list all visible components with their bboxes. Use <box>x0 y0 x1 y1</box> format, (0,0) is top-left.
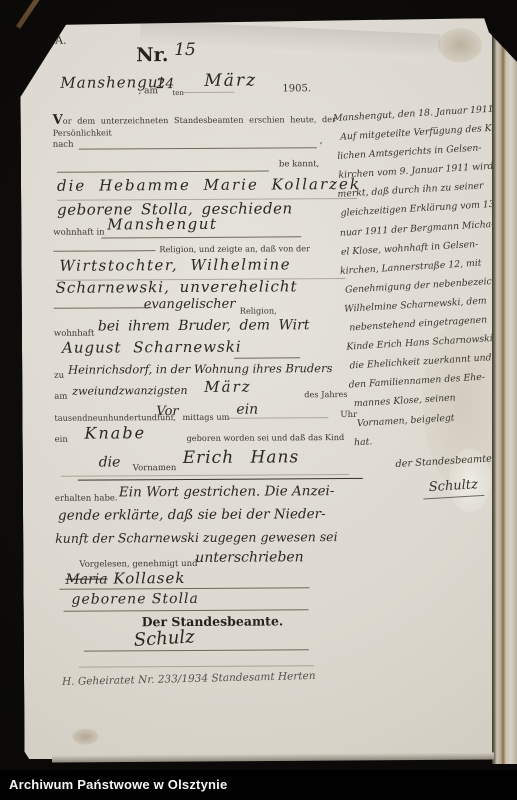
wohnhaft-in-label: wohnhaft in <box>53 227 104 237</box>
comma: , <box>320 136 323 146</box>
mittags-um-label: mittags um <box>182 412 229 422</box>
mother-residence: bei ihrem Bruder, dem Wirt <box>98 317 310 334</box>
blank-line <box>182 92 234 93</box>
nach-label: nach <box>53 140 74 150</box>
daytime-value: Vor <box>156 404 178 419</box>
blank-line <box>54 307 152 309</box>
signature-line <box>59 587 309 590</box>
stain <box>438 28 482 62</box>
declarant-residence: Manshengut <box>107 215 217 234</box>
margin-note: Manshengut, den 18. Januar 1911. Auf mit… <box>333 99 517 503</box>
blank-line <box>234 357 300 358</box>
dateline-am-label: , am <box>138 86 158 96</box>
declarant-signature-last: Kollasek <box>113 569 185 587</box>
brother-name: August Scharnewski <box>62 338 242 357</box>
dateline-year: 1905. <box>282 83 311 94</box>
baseline <box>61 474 349 477</box>
dateline-month: März <box>204 71 257 91</box>
record-number-value: 15 <box>174 40 196 60</box>
religion-value: evangelischer <box>144 297 236 313</box>
erhalten-habe-label: erhalten habe. <box>55 493 118 503</box>
intro-clause: Vor dem unterzeichneten Standesbeamten e… <box>53 111 365 138</box>
mother-name-line2: Scharnewski, unverehelicht <box>56 277 298 296</box>
note-line2: gende erklärte, daß sie bei der Nieder- <box>58 506 326 524</box>
registrar-label: Der Standesbeamte. <box>142 613 284 629</box>
religion-label: Religion, <box>240 305 277 315</box>
note-line3: kunft der Scharnewski zugegen gewesen se… <box>55 529 337 546</box>
form-corner-letter: A. <box>55 34 67 47</box>
birth-place: Heinrichsdorf, in der Wohnung ihres Brud… <box>68 361 332 377</box>
archive-name-label: Archiwum Państwowe w Olsztynie <box>9 777 227 792</box>
blank-line <box>228 417 328 419</box>
record-number-label: Nr. <box>136 44 168 66</box>
am-label: am <box>54 392 67 402</box>
blank-line <box>53 250 155 252</box>
stain <box>72 729 98 745</box>
dateline-day-suffix: ten <box>172 89 184 97</box>
given-names: Erich Hans <box>183 447 300 468</box>
marriage-annotation: H. Geheiratet Nr. 233/1934 Standesamt He… <box>62 670 316 688</box>
registrar-signature: Schulz <box>133 626 195 651</box>
declarant-signature-first: Maria <box>65 571 107 587</box>
archive-caption-bar: Archiwum Państwowe w Olsztynie <box>0 770 517 800</box>
register-page: A. 4 Nr. 15 Manshengut , am 24 ten März … <box>20 18 497 762</box>
torn-corner-edge <box>16 0 72 29</box>
section-divider <box>78 478 363 481</box>
blank-line <box>101 236 301 238</box>
mother-name-line1: Wirtstochter, Wilhelmine <box>59 255 291 274</box>
signature-line <box>64 609 309 611</box>
book-gutter <box>492 16 517 764</box>
wohnhaft-label: wohnhaft <box>54 329 95 339</box>
blank-line <box>79 147 317 149</box>
religion-clause: Religion, und zeigte an, daß von der <box>159 243 310 254</box>
declarant-name-line1: die Hebamme Marie Kollarzek <box>57 175 361 195</box>
note-line1: Ein Wort gestrichen. Die Anzei- <box>119 483 335 500</box>
signature-line <box>84 649 309 651</box>
hour-value: ein <box>236 402 258 418</box>
blank-line <box>79 665 314 667</box>
declarant-signature-line2: geborene Stolla <box>71 591 198 608</box>
photo-backdrop: A. 4 Nr. 15 Manshengut , am 24 ten März … <box>0 0 517 800</box>
bekannt-label: be kannt, <box>279 159 320 169</box>
blank-line <box>57 170 269 172</box>
margin-note-signature: Schultz <box>422 475 484 500</box>
des-jahres-label: des Jahres <box>304 389 347 399</box>
birth-month: März <box>204 378 251 396</box>
ein-label: ein <box>55 435 68 445</box>
birth-day-words: zweiundzwanzigsten <box>72 384 187 398</box>
child-sex: Knabe <box>84 423 146 442</box>
unterschrieben-word: unterschrieben <box>195 549 304 566</box>
pencil-mark: 4 <box>31 48 44 68</box>
vornamen-label: Vornamen <box>133 463 177 473</box>
zu-label: zu <box>54 371 64 381</box>
geboren-clause: geboren worden sei und daß das Kind <box>187 432 345 443</box>
die-word: die <box>99 454 121 470</box>
